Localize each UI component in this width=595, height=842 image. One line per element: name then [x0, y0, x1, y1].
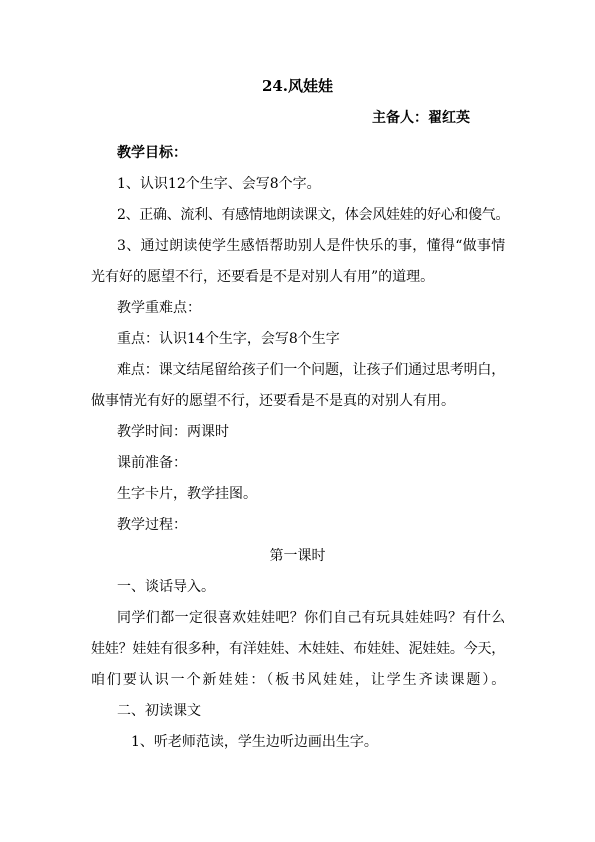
paragraph-line: 二、初读课文	[117, 703, 201, 719]
paragraph-line: 1、认识12个生字、会写8个字。	[117, 176, 321, 192]
paragraph-line: 课前准备：	[117, 455, 187, 471]
paragraph-line: 做事情光有好的愿望不行，还要看是不是真的对别人有用。	[91, 393, 455, 409]
paragraph-line: 光有好的愿望不行，还要看是不是对别人有用”的道理。	[91, 269, 434, 285]
paragraph-line: 同学们都一定很喜欢娃娃吧？你们自己有玩具娃娃吗？有什么	[117, 610, 505, 626]
section-heading: 第一课时	[0, 548, 595, 564]
paragraph-line: 难点：课文结尾留给孩子们一个问题，让孩子们通过思考明白，	[117, 362, 505, 378]
paragraph-line: 娃娃？娃娃有很多种，有洋娃娃、木娃娃、布娃娃、泥娃娃。今天，	[91, 641, 505, 657]
paragraph-line: 3、通过朗读使学生感悟帮助别人是件快乐的事，懂得“做事情	[117, 238, 505, 254]
author-line: 主备人：翟红英	[372, 110, 470, 126]
paragraph-line: 一、谈话导入。	[117, 579, 215, 595]
paragraph-line: 生字卡片，教学挂图。	[117, 486, 257, 502]
paragraph-line: 重点：认识14个生字，会写8个生字	[117, 331, 340, 347]
document-title: 24.风娃娃	[0, 78, 595, 94]
paragraph-line: 教学过程：	[117, 517, 187, 533]
paragraph-line: 1、听老师范读，学生边听边画出生字。	[131, 734, 378, 750]
paragraph-line: 咱们要认识一个新娃娃：（板书风娃娃，让学生齐读课题）。	[91, 672, 505, 688]
section-label: 教学目标：	[117, 145, 187, 161]
paragraph-line: 教学时间：两课时	[117, 424, 229, 440]
document-page: 24.风娃娃 主备人：翟红英 教学目标：1、认识12个生字、会写8个字。2、正确…	[0, 0, 595, 842]
paragraph-line: 2、正确、流利、有感情地朗读课文，体会风娃娃的好心和傻气。	[117, 207, 505, 223]
paragraph-line: 教学重难点：	[117, 300, 201, 316]
